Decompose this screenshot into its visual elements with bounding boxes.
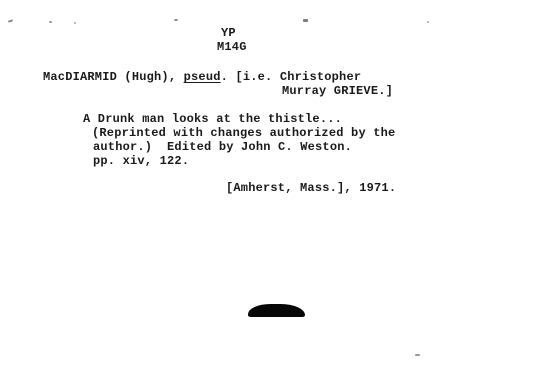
- imprint-line: [Amherst, Mass.], 1971.: [226, 181, 396, 195]
- scan-speck: [415, 354, 420, 356]
- scan-speck: [8, 19, 13, 22]
- author-heading-pseud: pseud: [184, 70, 221, 84]
- scan-speck: [49, 21, 52, 23]
- title-line: A Drunk man looks at the thistle...: [83, 112, 342, 126]
- scan-speck: [427, 21, 429, 23]
- author-heading: MacDIARMID (Hugh), pseud. [i.e. Christop…: [43, 70, 361, 84]
- pagination-line: pp. xiv, 122.: [93, 154, 189, 168]
- classmark-line-2: M14G: [217, 40, 247, 54]
- catalog-card-scan: YP M14G MacDIARMID (Hugh), pseud. [i.e. …: [0, 0, 550, 374]
- scan-speck: [303, 19, 308, 22]
- author-heading-continuation: Murray GRIEVE.]: [282, 84, 393, 98]
- scan-speck: [174, 19, 178, 22]
- scan-speck: [74, 22, 76, 24]
- author-heading-part1: MacDIARMID (Hugh),: [43, 70, 184, 84]
- ink-blot: [248, 304, 305, 317]
- note-line-1: (Reprinted with changes authorized by th…: [92, 126, 395, 140]
- classmark-line-1: YP: [221, 26, 236, 40]
- author-heading-part2: . [i.e. Christopher: [221, 70, 362, 84]
- note-line-2: author.) Edited by John C. Weston.: [93, 140, 352, 154]
